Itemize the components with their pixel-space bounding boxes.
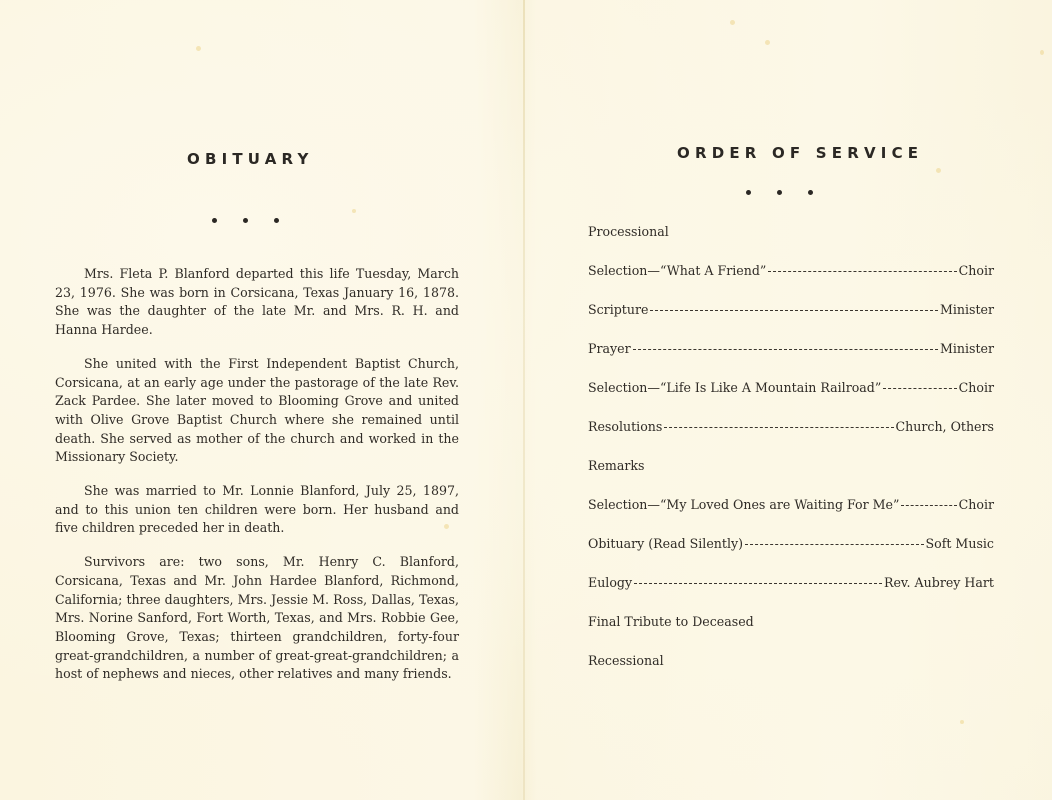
service-item-performer: Rev. Aubrey Hart (884, 575, 994, 590)
service-item: Selection—“My Loved Ones are Waiting For… (588, 497, 994, 536)
ornament-dots (746, 190, 813, 195)
dotted-leader (745, 544, 923, 545)
obituary-paragraph: Survivors are: two sons, Mr. Henry C. Bl… (55, 553, 459, 684)
dot-icon (212, 218, 217, 223)
service-item-title: Remarks (588, 458, 645, 473)
dotted-leader (664, 427, 893, 428)
dotted-leader (650, 310, 938, 311)
service-item-title: Eulogy (588, 575, 632, 590)
ornament-dots (212, 218, 279, 223)
dot-icon (746, 190, 751, 195)
service-item: Remarks (588, 458, 994, 497)
service-item: PrayerMinister (588, 341, 994, 380)
dot-icon (274, 218, 279, 223)
dotted-leader (768, 271, 956, 272)
dot-icon (777, 190, 782, 195)
service-item: ScriptureMinister (588, 302, 994, 341)
order-of-service-page: ORDER OF SERVICE ProcessionalSelection—“… (526, 0, 1052, 800)
service-item: EulogyRev. Aubrey Hart (588, 575, 994, 614)
service-item: Selection—“Life Is Like A Mountain Railr… (588, 380, 994, 419)
service-item-performer: Minister (940, 341, 994, 356)
dotted-leader (634, 583, 882, 584)
service-item-title: Selection—“What A Friend” (588, 263, 766, 278)
service-item: Final Tribute to Deceased (588, 614, 994, 653)
obituary-page: OBITUARY Mrs. Fleta P. Blanford departed… (0, 0, 524, 800)
obituary-paragraph: She united with the First Independent Ba… (55, 355, 459, 467)
service-item-title: Scripture (588, 302, 648, 317)
service-item-performer: Choir (959, 497, 994, 512)
dotted-leader (633, 349, 938, 350)
obituary-text: Mrs. Fleta P. Blanford departed this lif… (55, 265, 459, 699)
service-list: ProcessionalSelection—“What A Friend”Cho… (588, 224, 994, 692)
service-item: Recessional (588, 653, 994, 692)
service-item-performer: Choir (959, 263, 994, 278)
dotted-leader (883, 388, 956, 389)
service-item-title: Final Tribute to Deceased (588, 614, 754, 629)
service-item: Obituary (Read Silently)Soft Music (588, 536, 994, 575)
service-item-title: Prayer (588, 341, 631, 356)
obituary-paragraph: Mrs. Fleta P. Blanford departed this lif… (55, 265, 459, 340)
service-item-performer: Soft Music (926, 536, 995, 551)
obituary-heading: OBITUARY (187, 150, 314, 168)
service-item-performer: Choir (959, 380, 994, 395)
dotted-leader (901, 505, 956, 506)
service-item-title: Selection—“Life Is Like A Mountain Railr… (588, 380, 881, 395)
dot-icon (808, 190, 813, 195)
service-item-title: Selection—“My Loved Ones are Waiting For… (588, 497, 899, 512)
service-item-performer: Church, Others (896, 419, 994, 434)
service-item-title: Resolutions (588, 419, 662, 434)
service-item: ResolutionsChurch, Others (588, 419, 994, 458)
program-spread: OBITUARY Mrs. Fleta P. Blanford departed… (0, 0, 1052, 800)
obituary-paragraph: She was married to Mr. Lonnie Blanford, … (55, 482, 459, 538)
order-of-service-heading: ORDER OF SERVICE (677, 144, 923, 162)
dot-icon (243, 218, 248, 223)
service-item-title: Processional (588, 224, 669, 239)
service-item: Selection—“What A Friend”Choir (588, 263, 994, 302)
service-item-performer: Minister (940, 302, 994, 317)
service-item-title: Obituary (Read Silently) (588, 536, 743, 551)
service-item: Processional (588, 224, 994, 263)
service-item-title: Recessional (588, 653, 664, 668)
